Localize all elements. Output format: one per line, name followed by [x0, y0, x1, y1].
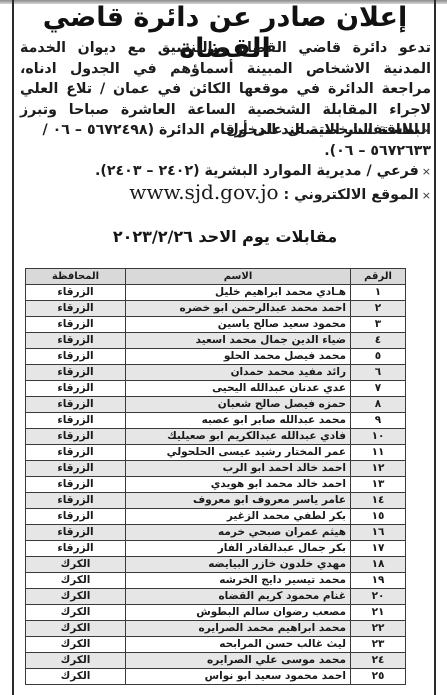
row-governorate: الزرقاء — [26, 445, 126, 461]
table-row: ٥محمد فيصل محمد الحلوالزرقاء — [26, 349, 406, 365]
row-name: هـادي محمد ابراهيم خليل — [126, 285, 351, 301]
bullet-phone-text: للاستفسار الاتصال على أرقام الدائرة (٥٦٧… — [43, 122, 431, 159]
row-number: ١١ — [351, 445, 406, 461]
row-governorate: الكرك — [26, 637, 126, 653]
bullet-phone: ×للاستفسار الاتصال على أرقام الدائرة (٥٦… — [20, 120, 431, 161]
row-name: عمر المختار رشيد عيسى الحلحولي — [126, 445, 351, 461]
row-number: ٢ — [351, 301, 406, 317]
bullet-x-icon: × — [422, 124, 431, 137]
table-row: ١٤عامر ياسر معروف ابو معروفالزرقاء — [26, 493, 406, 509]
row-governorate: الزرقاء — [26, 365, 126, 381]
table-row: ١هـادي محمد ابراهيم خليلالزرقاء — [26, 285, 406, 301]
row-governorate: الزرقاء — [26, 541, 126, 557]
row-governorate: الزرقاء — [26, 429, 126, 445]
interview-date-subtitle: مقابلات يوم الاحد ٢٠٢٣/٢/٢٦ — [14, 227, 436, 246]
header-name: الاسم — [126, 269, 351, 285]
contact-bullets: ×للاستفسار الاتصال على أرقام الدائرة (٥٦… — [20, 120, 431, 206]
row-name: حمزه فيصل صالح شعبان — [126, 397, 351, 413]
row-number: ٧ — [351, 381, 406, 397]
table-row: ٢٠غنام محمود كريم القضاهالكرك — [26, 589, 406, 605]
row-governorate: الكرك — [26, 557, 126, 573]
row-name: محمد فيصل محمد الحلو — [126, 349, 351, 365]
table-row: ٦رائد مفيد محمد حمدانالزرقاء — [26, 365, 406, 381]
row-governorate: الزرقاء — [26, 301, 126, 317]
row-name: بكر جمال عبدالقادر الفار — [126, 541, 351, 557]
table-row: ١١عمر المختار رشيد عيسى الحلحوليالزرقاء — [26, 445, 406, 461]
table-row: ١٧بكر جمال عبدالقادر الفارالزرقاء — [26, 541, 406, 557]
row-number: ٥ — [351, 349, 406, 365]
row-number: ٤ — [351, 333, 406, 349]
row-name: محمد ابراهيم محمد الصرايره — [126, 621, 351, 637]
table-row: ١٥بكر لطفي محمد الزغيرالزرقاء — [26, 509, 406, 525]
row-number: ١٦ — [351, 525, 406, 541]
row-governorate: الكرك — [26, 573, 126, 589]
row-governorate: الزرقاء — [26, 397, 126, 413]
row-name: مهدي خلدون خازر البيايضه — [126, 557, 351, 573]
table-row: ٤ضياء الدين جمال محمد اسعيدالزرقاء — [26, 333, 406, 349]
row-name: محمد موسى علي الصرايره — [126, 653, 351, 669]
row-number: ١٧ — [351, 541, 406, 557]
table-row: ١٩محمد تيسير دايج الخرشهالكرك — [26, 573, 406, 589]
row-name: فادي عبدالله عبدالكريم ابو صعيليك — [126, 429, 351, 445]
row-name: ليث غالب حسن المرابحه — [126, 637, 351, 653]
row-governorate: الزرقاء — [26, 333, 126, 349]
row-number: ١٣ — [351, 477, 406, 493]
table-row: ٢٥احمد محمود سعيد ابو نواسالكرك — [26, 669, 406, 685]
row-name: محمد تيسير دايج الخرشه — [126, 573, 351, 589]
row-name: ضياء الدين جمال محمد اسعيد — [126, 333, 351, 349]
bullet-x-icon: × — [422, 165, 431, 178]
row-number: ١٠ — [351, 429, 406, 445]
row-governorate: الزرقاء — [26, 317, 126, 333]
row-governorate: الكرك — [26, 621, 126, 637]
row-governorate: الزرقاء — [26, 349, 126, 365]
bullet-extension-text: فرعي / مديرية الموارد البشرية (٢٤٠٢ – ٢٤… — [95, 163, 419, 179]
row-name: عامر ياسر معروف ابو معروف — [126, 493, 351, 509]
table-row: ١٠فادي عبدالله عبدالكريم ابو صعيليكالزرق… — [26, 429, 406, 445]
row-number: ٢٣ — [351, 637, 406, 653]
bullet-x-icon: × — [422, 189, 431, 202]
table-row: ٢٤محمد موسى علي الصرايرهالكرك — [26, 653, 406, 669]
table-row: ١٢احمد خالد احمد ابو الربالزرقاء — [26, 461, 406, 477]
table-row: ١٣احمد خالد محمد ابو هويديالزرقاء — [26, 477, 406, 493]
row-governorate: الزرقاء — [26, 285, 126, 301]
bullet-website: ×الموقع الالكتروني : www.sjd.gov.jo — [20, 182, 431, 206]
row-governorate: الزرقاء — [26, 413, 126, 429]
row-name: بكر لطفي محمد الزغير — [126, 509, 351, 525]
row-governorate: الزرقاء — [26, 381, 126, 397]
row-number: ٢٠ — [351, 589, 406, 605]
row-name: هيثم عمران صبحي خرمه — [126, 525, 351, 541]
header-governorate: المحافظة — [26, 269, 126, 285]
table-row: ١٦هيثم عمران صبحي خرمهالزرقاء — [26, 525, 406, 541]
website-link[interactable]: www.sjd.gov.jo — [129, 180, 278, 204]
candidates-table: الرقم الاسم المحافظة ١هـادي محمد ابراهيم… — [25, 268, 406, 685]
table-row: ٨حمزه فيصل صالح شعبانالزرقاء — [26, 397, 406, 413]
row-governorate: الزرقاء — [26, 509, 126, 525]
row-number: ١٤ — [351, 493, 406, 509]
table-row: ٣محمود سعيد صالح ياسينالزرقاء — [26, 317, 406, 333]
row-governorate: الزرقاء — [26, 477, 126, 493]
website-label: الموقع الالكتروني : — [284, 187, 419, 203]
row-name: احمد خالد محمد ابو هويدي — [126, 477, 351, 493]
row-governorate: الكرك — [26, 605, 126, 621]
table-header-row: الرقم الاسم المحافظة — [26, 269, 406, 285]
row-governorate: الزرقاء — [26, 461, 126, 477]
table-row: ٧عدي عدنان عبدالله اليحيىالزرقاء — [26, 381, 406, 397]
row-governorate: الزرقاء — [26, 525, 126, 541]
row-name: احمد خالد احمد ابو الرب — [126, 461, 351, 477]
row-governorate: الكرك — [26, 653, 126, 669]
row-name: محمود سعيد صالح ياسين — [126, 317, 351, 333]
row-number: ٢٤ — [351, 653, 406, 669]
row-name: غنام محمود كريم القضاه — [126, 589, 351, 605]
row-name: عدي عدنان عبدالله اليحيى — [126, 381, 351, 397]
row-number: ١٢ — [351, 461, 406, 477]
row-number: ٢١ — [351, 605, 406, 621]
row-name: احمد محمد عبدالرحمن ابو خضره — [126, 301, 351, 317]
row-number: ٩ — [351, 413, 406, 429]
row-number: ١٩ — [351, 573, 406, 589]
row-governorate: الزرقاء — [26, 493, 126, 509]
table-row: ٢٣ليث غالب حسن المرابحهالكرك — [26, 637, 406, 653]
row-number: ٨ — [351, 397, 406, 413]
row-name: محمد عبدالله صابر ابو عصبه — [126, 413, 351, 429]
row-number: ١٥ — [351, 509, 406, 525]
header-number: الرقم — [351, 269, 406, 285]
table-row: ٢احمد محمد عبدالرحمن ابو خضرهالزرقاء — [26, 301, 406, 317]
row-governorate: الكرك — [26, 589, 126, 605]
row-name: رائد مفيد محمد حمدان — [126, 365, 351, 381]
row-governorate: الكرك — [26, 669, 126, 685]
row-number: ١ — [351, 285, 406, 301]
row-name: احمد محمود سعيد ابو نواس — [126, 669, 351, 685]
table-row: ٢٢محمد ابراهيم محمد الصرايرهالكرك — [26, 621, 406, 637]
table-row: ٩محمد عبدالله صابر ابو عصبهالزرقاء — [26, 413, 406, 429]
row-number: ١٨ — [351, 557, 406, 573]
row-number: ٢٢ — [351, 621, 406, 637]
row-number: ٢٥ — [351, 669, 406, 685]
row-number: ٦ — [351, 365, 406, 381]
table-row: ١٨مهدي خلدون خازر البيايضهالكرك — [26, 557, 406, 573]
row-name: مصعب رضوان سالم البطوش — [126, 605, 351, 621]
table-row: ٢١مصعب رضوان سالم البطوشالكرك — [26, 605, 406, 621]
bullet-extension: ×فرعي / مديرية الموارد البشرية (٢٤٠٢ – ٢… — [20, 161, 431, 182]
row-number: ٣ — [351, 317, 406, 333]
